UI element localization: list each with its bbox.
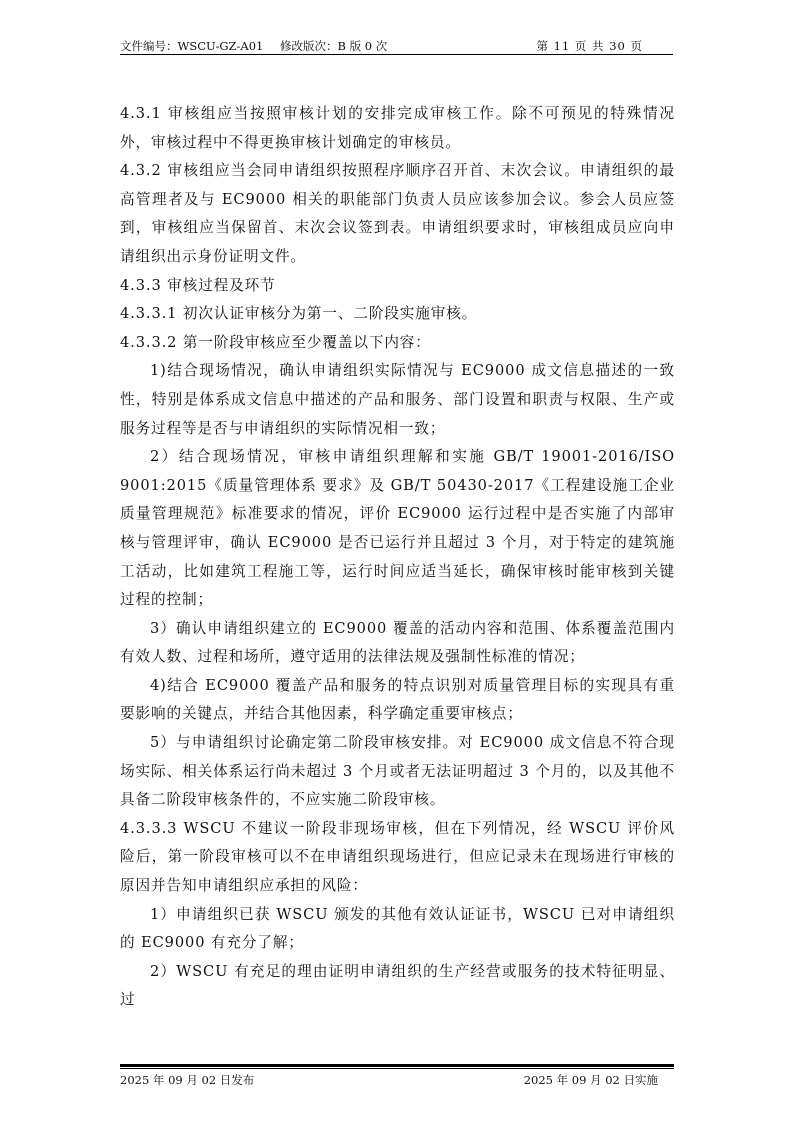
list-item-offsite-1: 1）申请组织已获 WSCU 颁发的其他有效认证证书，WSCU 已对申请组织的 E…	[120, 901, 675, 958]
clause-4-3-3-1: 4.3.3.1 初次认证审核分为第一、二阶段实施审核。	[120, 300, 675, 329]
page-number: 第 11 页 共 30 页	[536, 38, 673, 54]
clause-4-3-3-heading: 4.3.3 审核过程及环节	[120, 272, 675, 301]
list-item-offsite-2: 2）WSCU 有充足的理由证明申请组织的生产经营或服务的技术特征明显、过	[120, 958, 675, 1015]
list-item-stage1-4: 4)结合 EC9000 覆盖产品和服务的特点识别对质量管理目标的实现具有重要影响…	[120, 672, 675, 729]
document-number: 文件编号：WSCU-GZ-A01	[120, 38, 280, 54]
issue-date: 2025 年 09 月 02 日发布	[120, 1071, 254, 1089]
clause-4-3-2: 4.3.2 审核组应当会同申请组织按照程序顺序召开首、末次会议。申请组织的最高管…	[120, 157, 675, 271]
document-body: 4.3.1 审核组应当按照审核计划的安排完成审核工作。除不可预见的特殊情况外，审…	[120, 100, 675, 1015]
page-header: 文件编号：WSCU-GZ-A01 修改版次：B 版 0 次 第 11 页 共 3…	[120, 36, 673, 55]
list-item-stage1-5: 5）与申请组织讨论确定第二阶段审核安排。对 EC9000 成文信息不符合现场实际…	[120, 729, 675, 815]
list-item-stage1-2: 2）结合现场情况，审核申请组织理解和实施 GB/T 19001-2016/ISO…	[120, 443, 675, 615]
list-item-stage1-3: 3）确认申请组织建立的 EC9000 覆盖的活动内容和范围、体系覆盖范围内有效人…	[120, 615, 675, 672]
page-footer: 2025 年 09 月 02 日发布 2025 年 09 月 02 日实施	[120, 1064, 674, 1089]
clause-4-3-3-3: 4.3.3.3 WSCU 不建议一阶段非现场审核，但在下列情况，经 WSCU 评…	[120, 815, 675, 901]
footer-dates: 2025 年 09 月 02 日发布 2025 年 09 月 02 日实施	[120, 1071, 674, 1089]
list-item-stage1-1: 1)结合现场情况，确认申请组织实际情况与 EC9000 成文信息描述的一致性，特…	[120, 357, 675, 443]
clause-4-3-1: 4.3.1 审核组应当按照审核计划的安排完成审核工作。除不可预见的特殊情况外，审…	[120, 100, 675, 157]
footer-rule-thin	[120, 1068, 674, 1069]
clause-4-3-3-2: 4.3.3.2 第一阶段审核应至少覆盖以下内容：	[120, 329, 675, 358]
footer-rule-thick	[120, 1064, 674, 1067]
effective-date: 2025 年 09 月 02 日实施	[524, 1071, 658, 1089]
revision-number: 修改版次：B 版 0 次	[280, 38, 536, 54]
